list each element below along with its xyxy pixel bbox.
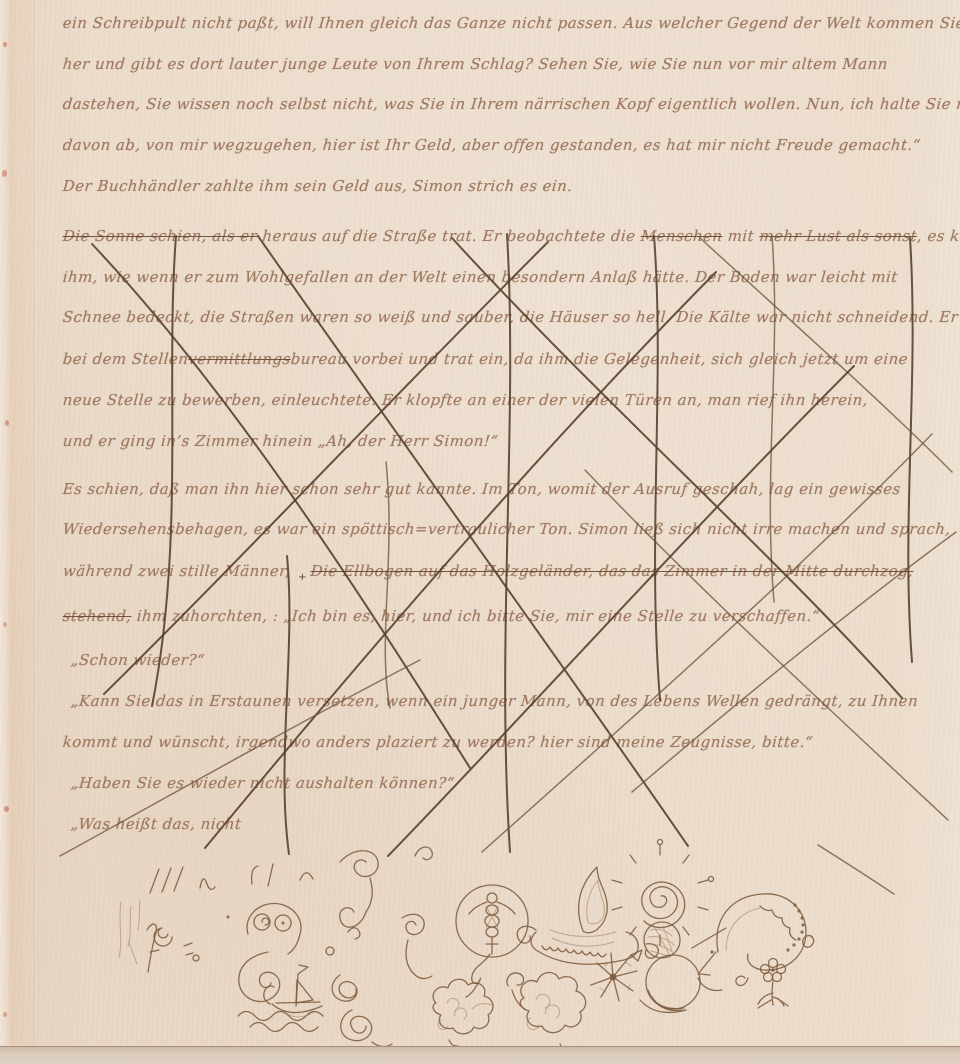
- text-segment: mit: [722, 227, 760, 245]
- manuscript-line: „Was heißt das, nicht: [70, 815, 242, 833]
- text-segment: , es kam: [916, 227, 960, 245]
- manuscript-line: kommt und wünscht, irgendwo anders plazi…: [62, 733, 814, 751]
- doodle-spiral-sun: [612, 840, 714, 946]
- text-segment: Wiedersehensbehagen, es war ein spöttisc…: [62, 520, 951, 538]
- text-segment: heraus auf die Straße trat. Er beobachte…: [256, 227, 641, 245]
- struck-text-segment: Menschen: [640, 227, 723, 245]
- text-segment: ihm, wie wenn er zum Wohlgefallen an der…: [62, 268, 899, 286]
- text-segment: ein Schreibpult nicht paßt, will Ihnen g…: [62, 14, 960, 32]
- manuscript-line: Der Buchhändler zahlte ihm sein Geld aus…: [62, 177, 573, 195]
- text-segment: neue Stelle zu bewerben, einleuchtete. E…: [62, 391, 869, 409]
- manuscript-line: stehend, ihm zuhorchten, : „Ich bin es, …: [62, 607, 821, 625]
- doodle-sailboat: [238, 965, 323, 1032]
- text-segment: davon ab, von mir wegzugehen, hier ist I…: [62, 136, 922, 154]
- text-segment: Es schien, daß man ihn hier schon sehr g…: [62, 480, 902, 498]
- doodle-figurine-in-circle: [456, 885, 528, 997]
- text-segment: „Kann Sie das in Erstaunen versetzen, we…: [70, 692, 919, 710]
- doodle-flame-mouth: [517, 867, 658, 964]
- struck-text-segment: mehr Lust als sonst: [759, 227, 918, 245]
- struck-text-segment: Die Ellbogen auf das Holzgeländer, das d…: [310, 562, 914, 580]
- text-segment: Schnee bedeckt, die Straßen waren so wei…: [62, 308, 960, 326]
- manuscript-line: und er ging in’s Zimmer hinein „Ah, der …: [62, 432, 499, 450]
- insertion-mark: +: [295, 572, 311, 583]
- struck-text-segment: stehend,: [62, 607, 132, 625]
- doodle-profile-face-bonnet: [692, 894, 814, 991]
- manuscript-line: Wiedersehensbehagen, es war ein spöttisc…: [62, 520, 951, 538]
- paper-deckle-edge: [0, 0, 12, 1064]
- manuscript-line: bei dem Stellenvermittlungsbureau vorbei…: [62, 350, 909, 368]
- manuscript-line: dastehen, Sie wissen noch selbst nicht, …: [62, 95, 960, 113]
- text-segment: her und gibt es dort lauter junge Leute …: [62, 55, 889, 73]
- doodle-pen-marks: [119, 847, 432, 972]
- manuscript-line: während zwei stille Männer, +Die Ellboge…: [62, 562, 914, 583]
- manuscript-line: „Kann Sie das in Erstaunen versetzen, we…: [70, 692, 919, 710]
- doodle-balloon-face: [239, 904, 301, 1002]
- doodle-knot-scribbles: [332, 975, 392, 1047]
- doodle-crescent-swoosh: [640, 955, 700, 1012]
- doodle-flower: [758, 959, 788, 1009]
- text-segment: „Was heißt das, nicht: [70, 815, 242, 833]
- text-segment: ihm zuhorchten, : „Ich bin es, hier, und…: [131, 607, 821, 625]
- paper-fiber-speck: [3, 622, 7, 627]
- paper-fiber-speck: [5, 420, 9, 426]
- text-segment: bei dem Stellen: [62, 350, 189, 368]
- text-segment: während zwei stille Männer,: [62, 562, 296, 580]
- doodle-star-spider: [591, 950, 642, 1001]
- text-segment: und er ging in’s Zimmer hinein „Ah, der …: [62, 432, 499, 450]
- doodle-hatched-ball: [644, 922, 680, 958]
- manuscript-line: ihm, wie wenn er zum Wohlgefallen an der…: [62, 268, 899, 286]
- manuscript-line: her und gibt es dort lauter junge Leute …: [62, 55, 889, 73]
- paper-fiber-speck: [3, 1012, 7, 1017]
- manuscript-line: Die Sonne schien, als er heraus auf die …: [62, 227, 960, 245]
- manuscript-line: „Haben Sie es wieder nicht aushalten kön…: [70, 774, 456, 792]
- doodle-curlicues: [340, 851, 432, 979]
- paper-fiber-speck: [4, 806, 9, 812]
- doodle-cloud-rosettes: [433, 973, 586, 1052]
- paper-fold-crease: [34, 0, 38, 1064]
- paper-fiber-speck: [2, 170, 7, 177]
- text-segment: bureau vorbei und trat ein, da ihm die G…: [290, 350, 909, 368]
- manuscript-line: davon ab, von mir wegzugehen, hier ist I…: [62, 136, 922, 154]
- text-segment: „Schon wieder?“: [70, 651, 206, 669]
- manuscript-line: ein Schreibpult nicht paßt, will Ihnen g…: [62, 14, 960, 32]
- manuscript-line: Es schien, daß man ihn hier schon sehr g…: [62, 480, 902, 498]
- manuscript-line: „Schon wieder?“: [70, 651, 206, 669]
- struck-text-segment: Die Sonne schien, als er: [62, 227, 258, 245]
- manuscript-line: Schnee bedeckt, die Straßen waren so wei…: [62, 308, 960, 326]
- text-segment: kommt und wünscht, irgendwo anders plazi…: [62, 733, 814, 751]
- paper-fiber-speck: [3, 42, 7, 47]
- struck-text-segment: vermittlungs: [188, 350, 292, 368]
- text-segment: dastehen, Sie wissen noch selbst nicht, …: [62, 95, 960, 113]
- text-segment: „Haben Sie es wieder nicht aushalten kön…: [70, 774, 456, 792]
- manuscript-line: neue Stelle zu bewerben, einleuchtete. E…: [62, 391, 869, 409]
- sheet-bottom-edge: [0, 1046, 960, 1064]
- manuscript-page: ein Schreibpult nicht paßt, will Ihnen g…: [0, 0, 960, 1064]
- text-segment: Der Buchhändler zahlte ihm sein Geld aus…: [62, 177, 573, 195]
